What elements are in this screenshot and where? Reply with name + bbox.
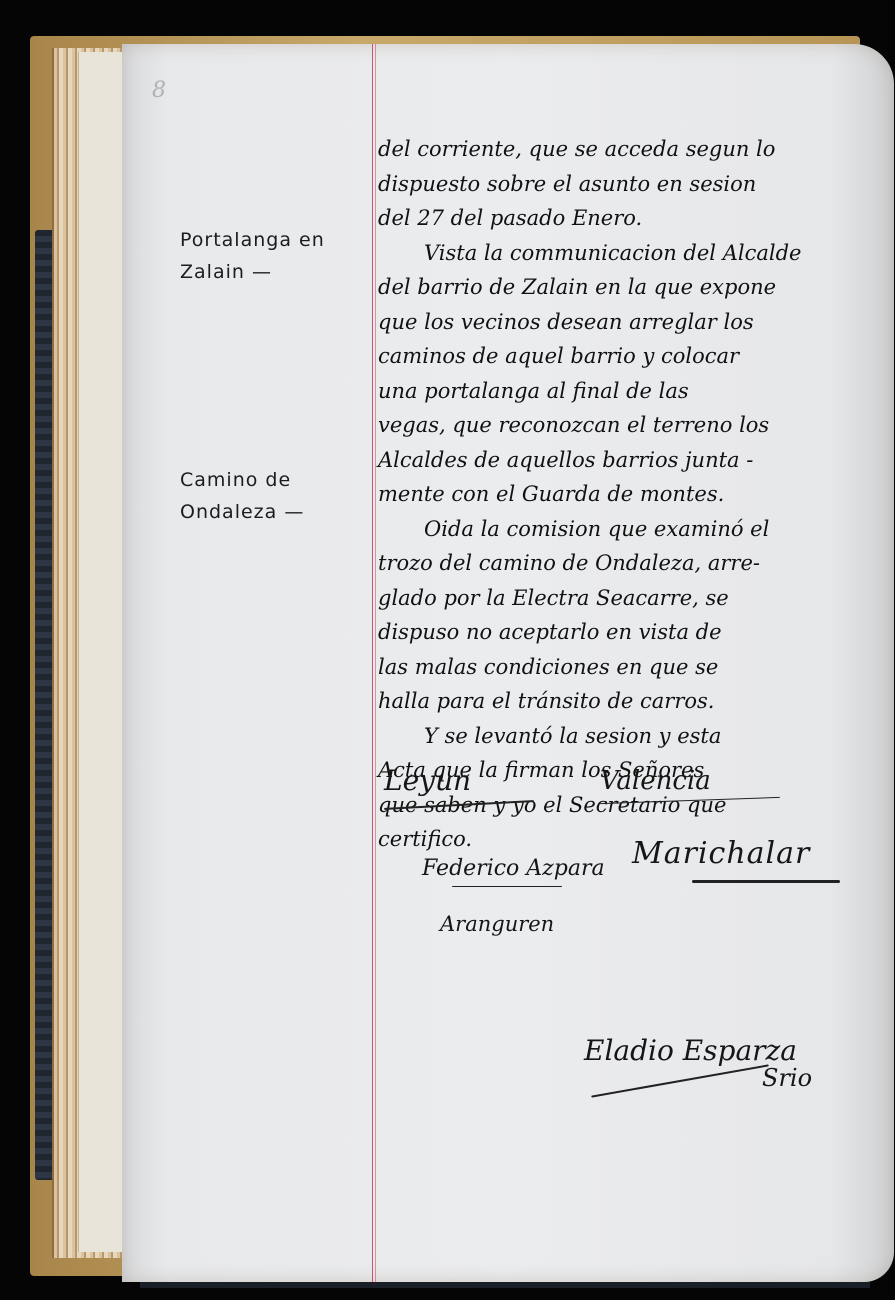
text-line: que los vecinos desean arreglar los [378,305,888,340]
text-line: trozo del camino de Ondaleza, arre- [378,546,888,581]
text-line: del 27 del pasado Enero. [378,201,888,236]
margin-note-portalanga: Portalanga en Zalain — [180,224,325,288]
ledger-page: 8 Portalanga en Zalain — Camino de Ondal… [122,44,894,1282]
margin-rule-secondary [375,44,376,1282]
text-line: las malas condiciones en que se [378,650,888,685]
signature-secretario: Eladio Esparza [584,1034,797,1067]
text-line: una portalanga al final de las [378,374,888,409]
margin-note-line: Ondaleza — [180,496,304,528]
signature-aranguren: Aranguren [440,912,554,936]
signature-flourish [452,886,562,887]
text-line: Oida la comision que examinó el [378,512,888,547]
margin-note-line: Camino de [180,464,304,496]
signature-leyun: Leyun [384,764,471,797]
margin-rule [372,44,373,1282]
margin-note-line: Portalanga en [180,224,325,256]
text-line: Vista la communicacion del Alcalde [378,236,888,271]
text-line: halla para el tránsito de carros. [378,684,888,719]
text-line: del barrio de Zalain en la que expone [378,270,888,305]
text-line: del corriente, que se acceda segun lo [378,132,888,167]
signature-federico-azpara: Federico Azpara [422,856,605,881]
text-line: glado por la Electra Seacarre, se [378,581,888,616]
margin-note-camino: Camino de Ondaleza — [180,464,304,528]
text-line: caminos de aquel barrio y colocar [378,339,888,374]
margin-note-line: Zalain — [180,256,325,288]
minutes-body: del corriente, que se acceda segun lo di… [378,132,888,857]
text-line: Y se levantó la sesion y esta [378,719,888,754]
page-number: 8 [152,78,166,103]
text-line: dispuesto sobre el asunto en sesion [378,167,888,202]
text-line: mente con el Guarda de montes. [378,477,888,512]
signature-secretario-title: Srio [762,1064,812,1092]
signature-flourish [591,1064,769,1097]
text-line: dispuso no aceptarlo en vista de [378,615,888,650]
signature-valencia: Valencia [600,766,711,796]
text-line: Alcaldes de aquellos barrios junta - [378,443,888,478]
text-line: vegas, que reconozcan el terreno los [378,408,888,443]
signature-flourish [692,880,840,883]
signature-marichalar: Marichalar [632,836,810,871]
